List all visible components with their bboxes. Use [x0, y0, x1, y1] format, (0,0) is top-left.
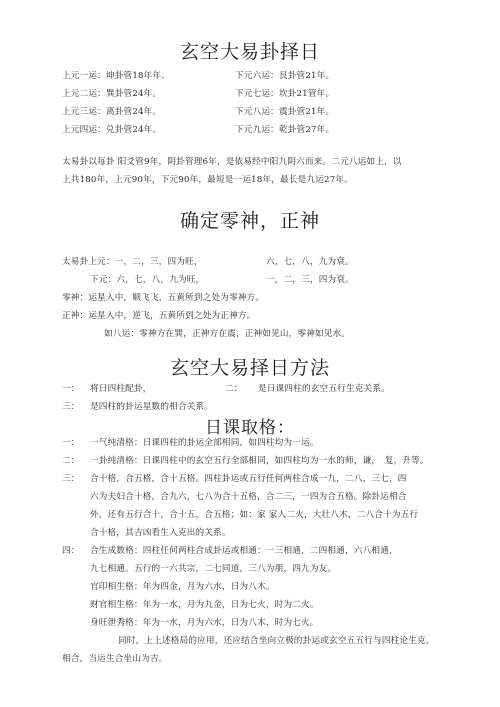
pattern-text: 一气纯清格：日课四柱的卦运全部相同，如四柱均为一运。 — [90, 437, 319, 449]
example-line: 如八运：零神方在巽，正神方在震，正神如见山，零神如见水。 — [104, 328, 350, 340]
method-text-3: 是四柱的卦运星数的相合关系。 — [90, 401, 213, 413]
pattern-text: 外，还有五行合十，合十五，合五格；如：家 家人二火，大壮八木，二八合十为五行 — [90, 509, 418, 521]
upper-yuan-prosperity: 太易卦上元：一，二，三，四为旺， — [62, 256, 203, 268]
paragraph-line: 太易卦以每卦 阳爻管9年，阴卦管理6年，是依易经中阳九阴六而来。二元八运如上，以 — [62, 156, 402, 168]
zhengshen-definition: 正神：运星入中，逆飞，五黄所到之处为正神方。 — [62, 310, 255, 322]
section-title-method: 玄空大易择日方法 — [0, 356, 500, 380]
upper-yuan-run-3: 上元三运：离卦管24年。 — [62, 106, 161, 118]
upper-yuan-run-1: 上元一运：坤卦管18年年。 — [62, 70, 170, 82]
pattern-num-1: 一： — [62, 437, 80, 449]
upper-yuan-run-4: 上元四运：兑卦管24年。 — [62, 124, 161, 136]
pattern-num-3: 三： — [62, 473, 80, 485]
upper-yuan-decline: 六，七，八，九为衰。 — [266, 256, 354, 268]
pattern-text: 身旺泄秀格：年为一水，月为六水，日为八木，时为七火。 — [90, 617, 319, 629]
lower-yuan-run-9: 下元九运：乾卦管27年。 — [235, 124, 334, 136]
lower-yuan-run-7: 下元七运：坎卦21管年。 — [235, 88, 334, 100]
pattern-num-4: 四： — [62, 545, 80, 557]
closing-paragraph-line: 同时，上上述格局的应用，还应结合坐向立极的卦运或玄空五五行与四柱论生克， — [118, 635, 435, 647]
upper-yuan-run-2: 上元二运：巽卦管24年。 — [62, 88, 161, 100]
method-num-2: 二： — [225, 383, 243, 395]
lower-yuan-run-6: 下元六运：艮卦管21年。 — [235, 70, 334, 82]
pattern-text: 九七相通。五行的一六共宗，二七同道，三八为朋，四九为友。 — [90, 563, 336, 575]
lower-yuan-decline: 一，二，三，四为衰。 — [266, 274, 354, 286]
pattern-text: 六为夫妇合十格，合九六，七八为合十五格，合二三，一四为合五格。除卦运相合 — [90, 491, 407, 503]
pattern-text: 财官相生格：年为一水，月为九金，日为七火，时为二火。 — [90, 599, 319, 611]
pattern-text: 官印相生格：年为四金，月为六水，日为八木。 — [90, 581, 275, 593]
pattern-num-2: 二： — [62, 455, 80, 467]
method-num-3: 三： — [62, 401, 80, 413]
lower-yuan-run-8: 下元八运：震卦管21年。 — [235, 106, 334, 118]
method-num-1: 一： — [62, 383, 80, 395]
closing-paragraph-line: 相合，当运生合坐山为吉。 — [62, 653, 168, 665]
page-title: 玄空大易卦择日 — [0, 40, 500, 64]
method-text-1: 将日四柱配卦， — [90, 383, 152, 395]
pattern-text: 合十格，其吉凶看生入克出的关系。 — [90, 527, 231, 539]
section-title-lingshen-zhengshen: 确定零神，正神 — [0, 209, 500, 233]
paragraph-line: 上共180年，上元90年，下元90年，最短是一运18年，最长是九运27年。 — [62, 174, 353, 186]
pattern-text: 合十格，合五格，合十五格。四柱卦运或五行任何两柱合成一九，二八，三七，四 — [90, 473, 407, 485]
lingshen-definition: 零神：运星入中，顺飞飞，五黄所到之处为零神方。 — [62, 292, 264, 304]
method-text-2: 是日课四柱的玄空五行生克关系。 — [258, 383, 390, 395]
pattern-text: 合生成数格：四柱任何两柱合成卦运或相通：一三相通，二四相通，六八相通， — [90, 545, 398, 557]
pattern-text: 一卦纯清格：日课四柱中的玄空五行全部相同，如四柱均为一水的师，谦， 复，升等。 — [90, 455, 429, 467]
lower-yuan-prosperity: 下元：六，七，八，九为旺， — [90, 274, 204, 286]
